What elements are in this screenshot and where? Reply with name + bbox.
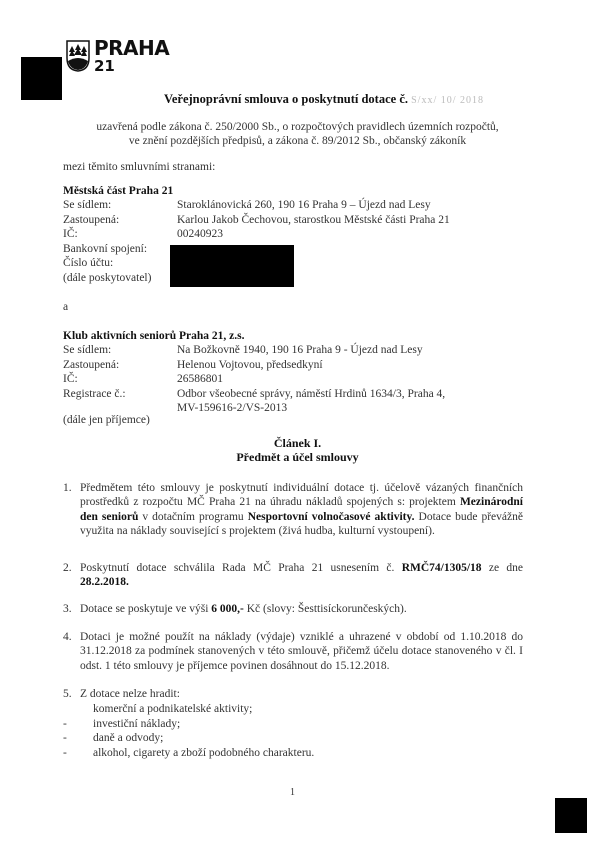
logo-name: PRAHA <box>94 38 169 58</box>
redaction-bank-details <box>170 245 294 287</box>
parties-intro: mezi těmito smluvními stranami: <box>63 160 215 175</box>
praha-21-logo: PRAHA 21 <box>66 38 176 82</box>
detail-row: (dále poskytovatel) <box>63 271 177 286</box>
detail-value: 00240923 <box>177 228 223 240</box>
article-heading: Článek I. <box>0 436 595 450</box>
detail-row: IČ:26586801 <box>63 372 223 387</box>
point-text: Z dotace nelze hradit: <box>80 687 523 701</box>
detail-label: Zastoupená: <box>63 358 177 373</box>
redaction-bottom-right <box>555 798 587 833</box>
detail-row: IČ:00240923 <box>63 227 223 242</box>
contract-point: 3.Dotace se poskytuje ve výši 6 000,- Kč… <box>63 602 523 616</box>
detail-row: Se sídlem:Na Božkovně 1940, 190 16 Praha… <box>63 343 423 358</box>
logo-number: 21 <box>94 58 115 74</box>
detail-row: Zastoupená:Helenou Vojtovou, předsedkyní <box>63 358 323 373</box>
point-text: Dotace se poskytuje ve výši 6 000,- Kč (… <box>80 602 523 616</box>
provider-name: Městská část Praha 21 <box>63 184 173 199</box>
detail-value: Na Božkovně 1940, 190 16 Praha 9 - Újezd… <box>177 344 423 356</box>
exclusion-item: -alkohol, cigarety a zboží podobného cha… <box>63 746 314 761</box>
intro-line-2: ve znění pozdějších předpisů, a zákona č… <box>0 134 595 148</box>
point-text: Dotaci je možné použít na náklady (výdaj… <box>80 630 523 673</box>
detail-label: Se sídlem: <box>63 198 177 213</box>
recipient-suffix: (dále jen příjemce) <box>63 413 150 428</box>
coat-of-arms-icon <box>66 40 90 72</box>
page-number: 1 <box>290 786 295 801</box>
contract-number: S/xx/ 10/ 2018 <box>411 95 484 106</box>
conjunction: a <box>63 300 68 315</box>
detail-label: Bankovní spojení: <box>63 242 177 257</box>
recipient-name: Klub aktivních seniorů Praha 21, z.s. <box>63 329 244 344</box>
point-text: Předmětem této smlouvy je poskytnutí ind… <box>80 481 523 538</box>
detail-label: IČ: <box>63 372 177 387</box>
detail-value: Helenou Vojtovou, předsedkyní <box>177 359 323 371</box>
detail-value: MV-159616-2/VS-2013 <box>177 402 287 414</box>
detail-label: Zastoupená: <box>63 213 177 228</box>
point-number: 5. <box>63 687 72 701</box>
detail-value: Odbor všeobecné správy, náměstí Hrdinů 1… <box>177 388 445 400</box>
detail-row: Bankovní spojení: <box>63 242 177 257</box>
contract-point: 2.Poskytnutí dotace schválila Rada MČ Pr… <box>63 561 523 590</box>
detail-label: Číslo účtu: <box>63 256 177 271</box>
detail-row: Číslo účtu: <box>63 256 177 271</box>
point-number: 1. <box>63 481 72 495</box>
detail-label: Registrace č.: <box>63 387 177 402</box>
point-text: Poskytnutí dotace schválila Rada MČ Prah… <box>80 561 523 590</box>
detail-row: Se sídlem:Staroklánovická 260, 190 16 Pr… <box>63 198 431 213</box>
detail-value: 26586801 <box>177 373 223 385</box>
intro-line-1: uzavřená podle zákona č. 250/2000 Sb., o… <box>0 120 595 134</box>
point-number: 2. <box>63 561 72 575</box>
detail-row: Registrace č.:Odbor všeobecné správy, ná… <box>63 387 445 402</box>
detail-row: Zastoupená:Karlou Jakob Čechovou, staros… <box>63 213 450 228</box>
point-number: 4. <box>63 630 72 644</box>
contract-point: 4.Dotaci je možné použít na náklady (výd… <box>63 630 523 673</box>
detail-label: Se sídlem: <box>63 343 177 358</box>
title-text: Veřejnoprávní smlouva o poskytnutí dotac… <box>164 92 408 106</box>
article-subheading: Předmět a účel smlouvy <box>0 450 595 464</box>
detail-label: IČ: <box>63 227 177 242</box>
detail-label: (dále poskytovatel) <box>63 271 177 286</box>
document-title: Veřejnoprávní smlouva o poskytnutí dotac… <box>164 92 484 107</box>
contract-point: 5.Z dotace nelze hradit: <box>63 687 523 701</box>
point-number: 3. <box>63 602 72 616</box>
detail-value: Karlou Jakob Čechovou, starostkou Městsk… <box>177 214 450 226</box>
contract-point: 1.Předmětem této smlouvy je poskytnutí i… <box>63 481 523 538</box>
redaction-top-left <box>21 57 62 100</box>
detail-value: Staroklánovická 260, 190 16 Praha 9 – Új… <box>177 199 431 211</box>
exclusion-item: -daně a odvody; <box>63 731 163 746</box>
exclusion-item: -investiční náklady; <box>63 717 180 732</box>
exclusion-item: komerční a podnikatelské aktivity; <box>63 702 252 717</box>
